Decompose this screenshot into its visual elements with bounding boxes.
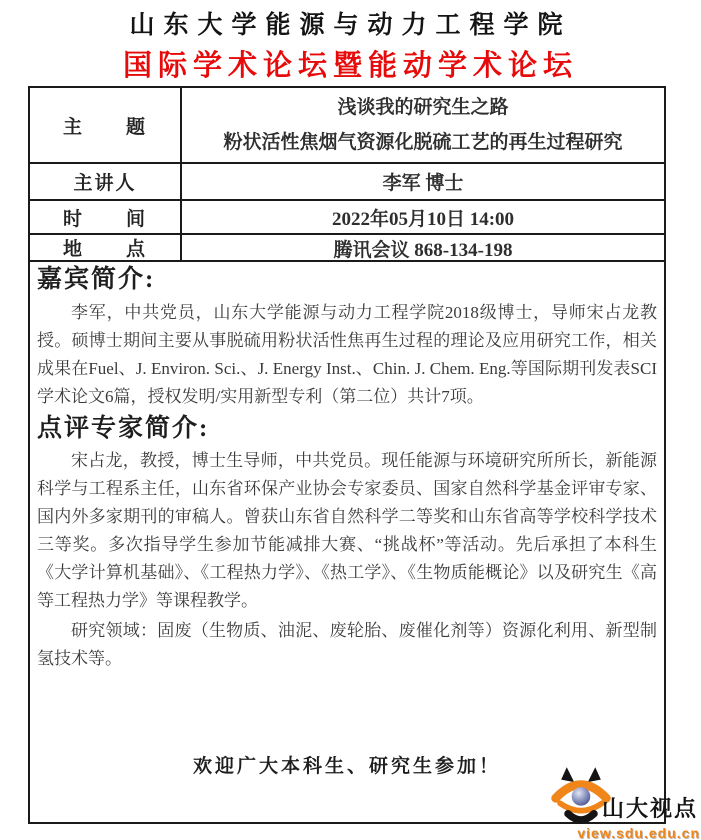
table-row-place: 地 点 腾讯会议 868-134-198 xyxy=(30,235,664,262)
place-value: 腾讯会议 868-134-198 xyxy=(182,235,664,260)
guest-intro-paragraph: 李军，中共党员，山东大学能源与动力工程学院2018级博士，导师宋占龙教授。硕博士… xyxy=(37,299,657,411)
table-row-topic: 主 题 浅谈我的研究生之路 粉状活性焦烟气资源化脱硫工艺的再生过程研究 xyxy=(30,88,664,164)
place-label: 地 点 xyxy=(30,235,182,260)
table-row-time: 时 间 2022年05月10日 14:00 xyxy=(30,201,664,235)
expert-intro-paragraph: 宋占龙，教授，博士生导师，中共党员。现任能源与环境研究所所长，新能源科学与工程系… xyxy=(37,447,657,615)
topic-label: 主 题 xyxy=(30,88,182,162)
speaker-label: 主讲人 xyxy=(30,164,182,199)
time-value: 2022年05月10日 14:00 xyxy=(182,201,664,233)
forum-title: 国际学术论坛暨能动学术论坛 xyxy=(0,43,701,84)
guest-intro-heading: 嘉宾简介: xyxy=(37,264,657,297)
topic-line-1: 浅谈我的研究生之路 xyxy=(337,93,508,122)
logo-url-text: view.sdu.edu.cn xyxy=(577,825,700,840)
research-field-paragraph: 研究领域：固废（生物质、油泥、废轮胎、废催化剂等）资源化利用、新型制氢技术等。 xyxy=(37,617,657,673)
school-title: 山东大学能源与动力工程学院 xyxy=(0,5,701,41)
topic-line-2: 粉状活性焦烟气资源化脱硫工艺的再生过程研究 xyxy=(223,128,622,157)
logo-name-text: 山大视点 xyxy=(602,792,698,823)
speaker-value: 李军 博士 xyxy=(182,164,664,199)
poster-body: 嘉宾简介: 李军，中共党员，山东大学能源与动力工程学院2018级博士，导师宋占龙… xyxy=(30,262,664,778)
time-label: 时 间 xyxy=(30,201,182,233)
seminar-poster: 山东大学能源与动力工程学院 国际学术论坛暨能动学术论坛 (第177期) 主 题 … xyxy=(0,0,701,840)
topic-value: 浅谈我的研究生之路 粉状活性焦烟气资源化脱硫工艺的再生过程研究 xyxy=(182,88,664,162)
table-row-speaker: 主讲人 李军 博士 xyxy=(30,164,664,201)
sdu-viewpoint-watermark: 山大视点 view.sdu.edu.cn xyxy=(550,766,700,840)
info-table: 主 题 浅谈我的研究生之路 粉状活性焦烟气资源化脱硫工艺的再生过程研究 主讲人 … xyxy=(28,86,666,824)
expert-intro-heading: 点评专家简介: xyxy=(37,413,657,446)
